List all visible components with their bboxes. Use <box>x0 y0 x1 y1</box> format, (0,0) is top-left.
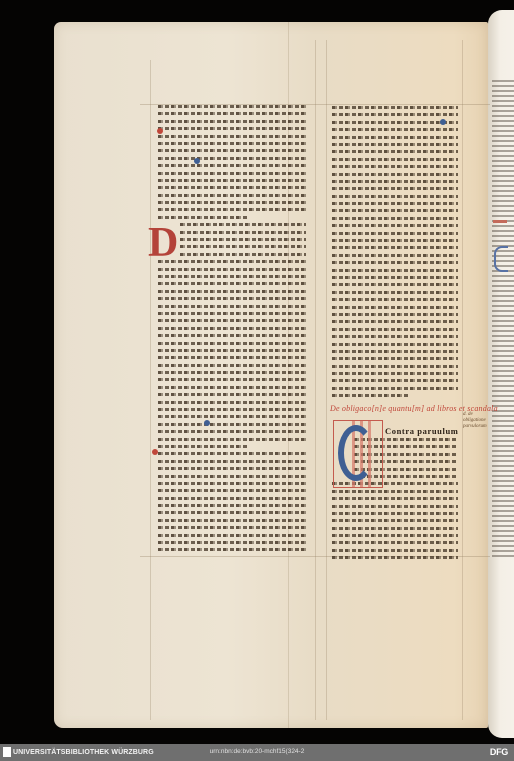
text-line <box>158 177 306 184</box>
text-line <box>158 465 306 472</box>
text-line <box>158 421 306 428</box>
text-line <box>158 340 306 347</box>
text-line <box>158 243 306 250</box>
initial-c-glyph <box>338 425 374 481</box>
text-line <box>158 458 306 465</box>
text-line <box>332 355 458 362</box>
text-line <box>158 532 306 539</box>
text-line <box>332 267 458 274</box>
ruling-line-left <box>150 60 151 720</box>
text-line <box>158 480 306 487</box>
text-line <box>158 258 306 265</box>
text-line <box>332 296 458 303</box>
text-line <box>158 317 306 324</box>
text-line <box>158 236 306 243</box>
text-line <box>158 147 306 154</box>
text-line <box>158 288 306 295</box>
text-line <box>332 259 458 266</box>
text-line <box>158 266 306 273</box>
decorated-initial-c <box>333 420 383 488</box>
text-line <box>332 141 458 148</box>
text-line <box>158 517 306 524</box>
text-line <box>158 473 306 480</box>
text-line <box>332 200 458 207</box>
text-line <box>332 517 458 524</box>
text-line <box>158 376 306 383</box>
manuscript-viewer[interactable]: D De obligaco[n]e quantu[m] ad libros et… <box>0 0 514 744</box>
text-line <box>158 199 306 206</box>
dfg-logo[interactable]: DFG <box>490 747 508 757</box>
text-line <box>332 156 458 163</box>
text-line <box>332 126 458 133</box>
text-line <box>158 133 306 140</box>
text-line <box>332 385 458 392</box>
text-line <box>158 436 306 443</box>
text-line <box>332 495 458 502</box>
facing-page-initial <box>494 246 508 272</box>
text-line <box>332 289 458 296</box>
text-line <box>158 546 306 553</box>
text-line <box>332 207 458 214</box>
right-column-text-top <box>332 104 458 400</box>
text-line <box>158 369 306 376</box>
text-line <box>332 377 458 384</box>
text-line <box>332 363 458 370</box>
text-line <box>332 104 458 111</box>
facing-page-text <box>492 80 514 560</box>
text-line <box>158 325 306 332</box>
text-line <box>158 332 306 339</box>
paragraph-mark-blue <box>194 158 200 164</box>
text-line <box>158 310 306 317</box>
text-line <box>332 532 458 539</box>
text-line <box>332 244 458 251</box>
text-line <box>158 280 306 287</box>
text-line <box>158 162 306 169</box>
text-line <box>158 362 306 369</box>
text-line <box>158 155 306 162</box>
text-line <box>158 140 306 147</box>
text-line <box>158 273 306 280</box>
text-line <box>332 318 458 325</box>
text-line <box>332 148 458 155</box>
text-line <box>332 193 458 200</box>
text-line <box>158 399 306 406</box>
text-line <box>158 502 306 509</box>
text-line <box>158 103 306 110</box>
text-line <box>332 503 458 510</box>
text-line <box>158 450 306 457</box>
text-line <box>332 237 458 244</box>
text-line <box>332 171 458 178</box>
text-line <box>158 406 306 413</box>
paragraph-mark-blue <box>440 119 446 125</box>
text-line <box>158 524 306 531</box>
text-line <box>158 110 306 117</box>
text-line <box>332 348 458 355</box>
text-line <box>332 539 458 546</box>
text-line <box>158 206 306 213</box>
text-line <box>158 509 306 516</box>
text-line <box>158 251 306 258</box>
text-line <box>158 384 306 391</box>
text-line <box>332 252 458 259</box>
text-line <box>158 221 306 228</box>
text-line <box>332 281 458 288</box>
section-caption: Contra paruulum <box>385 426 458 436</box>
text-line <box>332 311 458 318</box>
text-line <box>158 295 306 302</box>
text-line <box>332 163 458 170</box>
text-line <box>158 443 306 450</box>
text-line <box>332 370 458 377</box>
text-line <box>332 510 458 517</box>
text-line <box>158 214 306 221</box>
text-line <box>332 304 458 311</box>
text-line <box>332 134 458 141</box>
text-line <box>332 178 458 185</box>
text-line <box>332 488 458 495</box>
text-line <box>158 184 306 191</box>
text-line <box>158 413 306 420</box>
text-line <box>158 495 306 502</box>
text-line <box>158 354 306 361</box>
text-line <box>158 303 306 310</box>
ruling-line-right <box>462 40 463 720</box>
text-line <box>332 392 458 399</box>
text-line <box>332 525 458 532</box>
text-line <box>158 125 306 132</box>
paragraph-mark-blue <box>204 420 210 426</box>
text-line <box>332 333 458 340</box>
paragraph-mark-red <box>152 449 158 455</box>
text-line <box>158 347 306 354</box>
urn-identifier: urn:nbn:de:bvb:20-mchf15(324-2 <box>0 748 514 755</box>
ruling-line-center-left <box>315 40 316 720</box>
footer-bar: UNIVERSITÄTSBIBLIOTHEK WÜRZBURG urn:nbn:… <box>0 744 514 761</box>
text-line <box>332 230 458 237</box>
text-line <box>332 554 458 561</box>
text-line <box>158 428 306 435</box>
text-line <box>158 391 306 398</box>
text-line <box>332 274 458 281</box>
text-line <box>332 326 458 333</box>
decorated-initial-d: D <box>148 222 170 264</box>
text-line <box>332 547 458 554</box>
text-line <box>332 111 458 118</box>
text-line <box>332 185 458 192</box>
facing-page-rubric <box>493 220 507 223</box>
text-line <box>158 539 306 546</box>
text-line <box>158 170 306 177</box>
text-line <box>158 192 306 199</box>
text-line <box>158 487 306 494</box>
left-column-text <box>158 103 306 554</box>
margin-note: d. de obligatione parvulorum <box>463 412 491 430</box>
ruling-line-center-right <box>326 40 327 720</box>
text-line <box>158 229 306 236</box>
text-line <box>332 341 458 348</box>
text-line <box>158 118 306 125</box>
paragraph-mark-red <box>157 128 163 134</box>
text-line <box>332 215 458 222</box>
text-line <box>332 222 458 229</box>
